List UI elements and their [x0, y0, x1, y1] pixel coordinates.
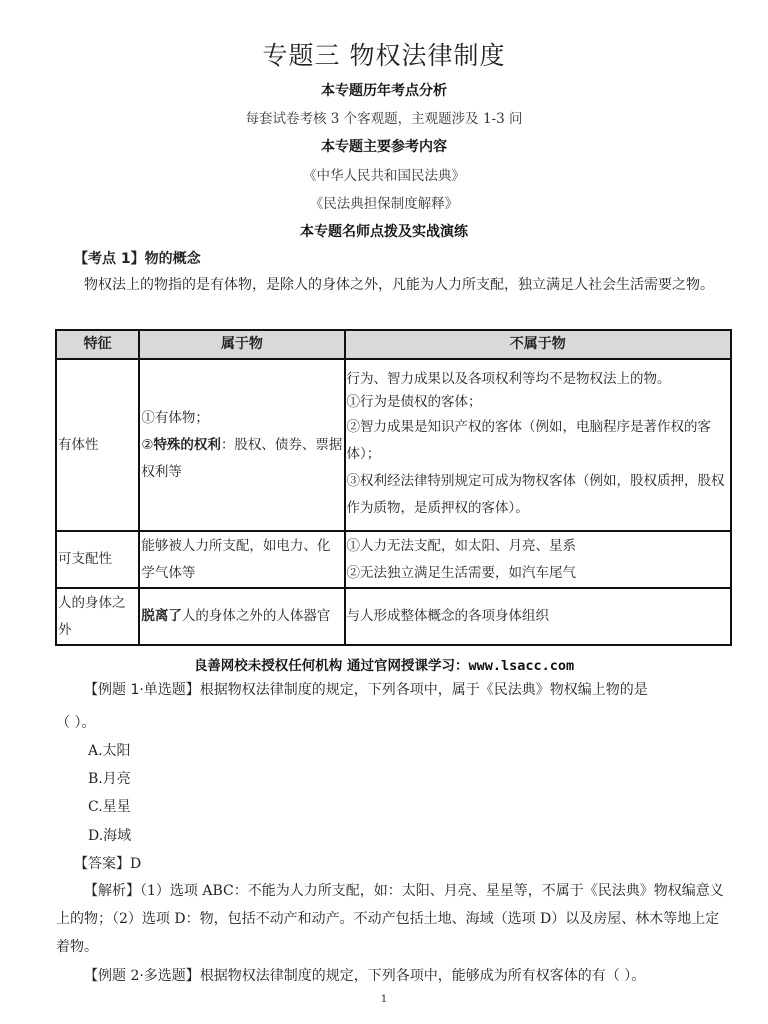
answer-value: D	[130, 856, 141, 872]
option-d: D.海域	[88, 825, 131, 845]
cell-line: 行为、智力成果以及各项权利等均不是物权法上的物。	[347, 368, 729, 390]
example1-answer: 【答案】D	[74, 853, 141, 873]
feature-cell: 人的身体之外	[56, 588, 139, 645]
analysis-text: 每套试卷考核 3 个客观题，主观题涉及 1-3 问	[0, 107, 768, 127]
example1-text: 根据物权法律制度的规定，下列各项中，属于《民法典》物权编上物的是	[200, 682, 648, 698]
cell-rest-text: 人的身体之外的人体器官	[182, 608, 331, 624]
example1-label: 【例题 1·单选题】	[84, 682, 200, 698]
is-thing-cell: ①有体物； ②特殊的权利：股权、债券、票据权利等	[139, 359, 344, 531]
cell-prefix: ②	[141, 437, 153, 453]
option-b: B.月亮	[88, 768, 131, 788]
example1-question: 【例题 1·单选题】根据物权法律制度的规定，下列各项中，属于《民法典》物权编上物…	[56, 676, 732, 704]
cell-line: ①行为是债权的客体；	[347, 390, 729, 414]
table-header: 属于物	[139, 330, 344, 359]
not-thing-cell: 与人形成整体概念的各项身体组织	[345, 588, 731, 645]
cell-line: ②智力成果是知识产权的客体（例如，电脑程序是著作权的客体）；	[347, 414, 729, 468]
practice-heading: 本专题名师点拨及实战演练	[0, 221, 768, 241]
cell-bold-text: 脱离了	[141, 608, 182, 624]
not-thing-cell: ①人力无法支配，如太阳、月亮、星系 ②无法独立满足生活需要，如汽车尾气	[345, 531, 731, 588]
feature-cell: 可支配性	[56, 531, 139, 588]
point1-title: 物的概念	[145, 251, 201, 267]
example1-analysis: 【解析】（1）选项 ABC：不能为人力所支配，如：太阳、月亮、星星等，不属于《民…	[56, 877, 732, 961]
is-thing-cell: 脱离了人的身体之外的人体器官	[139, 588, 344, 645]
cell-line: ①人力无法支配，如太阳、月亮、星系	[347, 533, 729, 560]
watermark-notice: 良善网校未授权任何机构 通过官网授课学习：www.lsacc.com	[0, 654, 768, 674]
cell-line: ①有体物；	[141, 405, 342, 432]
example1-blank: （ ）。	[56, 712, 95, 732]
feature-cell: 有体性	[56, 359, 139, 531]
cell-line: ③权利经法律特别规定可成为物权客体（例如，股权质押，股权作为质物，是质押权的客体…	[347, 468, 729, 522]
analysis-label: 【解析】	[84, 883, 140, 899]
example2-question: 【例题 2·多选题】根据物权法律制度的规定，下列各项中，能够成为所有权客体的有（…	[56, 962, 732, 990]
page-title: 专题三 物权法律制度	[0, 36, 768, 72]
option-a: A.太阳	[88, 740, 131, 760]
analysis-text: （1）选项 ABC：不能为人力所支配，如：太阳、月亮、星星等，不属于《民法典》物…	[56, 883, 724, 955]
watermark-url[interactable]: www.lsacc.com	[469, 658, 575, 674]
analysis-heading: 本专题历年考点分析	[0, 80, 768, 100]
reference-item: 《民法典担保制度解释》	[0, 192, 768, 212]
concept-table: 特征 属于物 不属于物 有体性 ①有体物； ②特殊的权利：股权、债券、票据权利等…	[55, 329, 732, 646]
page-number: 1	[0, 994, 768, 1005]
table-header-row: 特征 属于物 不属于物	[56, 330, 731, 359]
point1-definition: 物权法上的物指的是有体物，是除人的身体之外，凡能为人力所支配，独立满足人社会生活…	[56, 271, 732, 299]
point1-label: 【考点 1】	[74, 251, 145, 267]
document-page: 专题三 物权法律制度 本专题历年考点分析 每套试卷考核 3 个客观题，主观题涉及…	[0, 0, 768, 1024]
watermark-text: 良善网校未授权任何机构 通过官网授课学习：	[194, 658, 469, 674]
table-header: 不属于物	[345, 330, 731, 359]
example2-text: 根据物权法律制度的规定，下列各项中，能够成为所有权客体的有（ ）。	[200, 968, 645, 984]
table-row: 人的身体之外 脱离了人的身体之外的人体器官 与人形成整体概念的各项身体组织	[56, 588, 731, 645]
reference-item: 《中华人民共和国民法典》	[0, 164, 768, 184]
example2-label: 【例题 2·多选题】	[84, 968, 200, 984]
table-row: 可支配性 能够被人力所支配，如电力、化学气体等 ①人力无法支配，如太阳、月亮、星…	[56, 531, 731, 588]
table-row: 有体性 ①有体物； ②特殊的权利：股权、债券、票据权利等 行为、智力成果以及各项…	[56, 359, 731, 531]
not-thing-cell: 行为、智力成果以及各项权利等均不是物权法上的物。 ①行为是债权的客体； ②智力成…	[345, 359, 731, 531]
cell-bold-text: 特殊的权利	[153, 437, 221, 453]
cell-line: ②特殊的权利：股权、债券、票据权利等	[141, 432, 342, 486]
is-thing-cell: 能够被人力所支配，如电力、化学气体等	[139, 531, 344, 588]
references-heading: 本专题主要参考内容	[0, 136, 768, 156]
table-header: 特征	[56, 330, 139, 359]
option-c: C.星星	[88, 796, 131, 816]
answer-label: 【答案】	[74, 856, 130, 872]
cell-line: ②无法独立满足生活需要，如汽车尾气	[347, 560, 729, 587]
point1-heading: 【考点 1】物的概念	[74, 248, 201, 268]
